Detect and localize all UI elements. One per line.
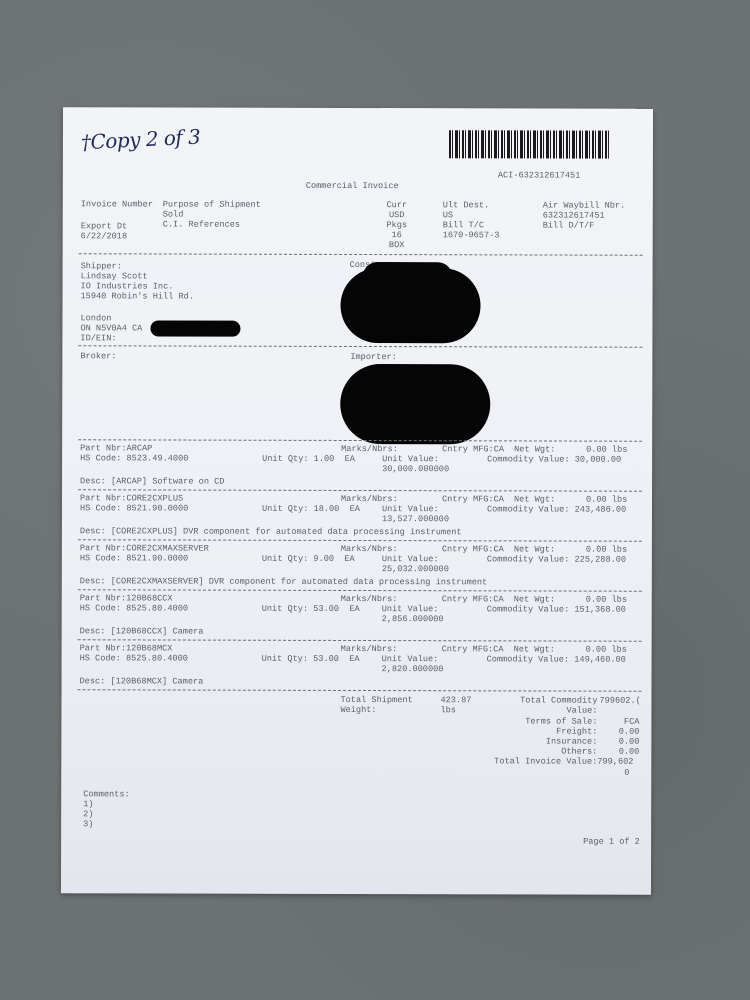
bill-tc-value: 1670-9657-3 xyxy=(443,230,500,241)
weight-unit: lbs xyxy=(440,705,456,716)
country-mfg: Cntry MFG:CA xyxy=(442,544,504,555)
unit-qty: Unit Qty: 1.00 EA xyxy=(262,454,355,465)
handwritten-note: †Copy 2 of 3 xyxy=(80,124,200,154)
unit-qty: Unit Qty: 53.00 EA xyxy=(262,604,360,615)
net-weight-label: Net Wgt: xyxy=(514,544,555,555)
country-mfg: Cntry MFG:CA xyxy=(442,444,504,455)
marks-nbrs: Marks/Nbrs: xyxy=(341,494,398,505)
total-commodity-value: 799602.( xyxy=(599,696,640,707)
net-weight: 0.00 lbs xyxy=(586,495,627,506)
shipper-block: Shipper: Lindsay Scott IO Industries Inc… xyxy=(63,107,653,109)
terms-value: FCA xyxy=(599,717,639,728)
line-item: Part Nbr:ARCAPHS Code: 8523.49.4000Unit … xyxy=(63,107,653,109)
shipper-label: Shipper: xyxy=(81,261,122,272)
commodity-value: Commodity Value: 149,460.00 xyxy=(487,654,626,665)
totals-block: Total Shipment Weight: 423.87 lbs Total … xyxy=(63,107,653,109)
shipper-city: London xyxy=(80,313,111,324)
marks-nbrs: Marks/Nbrs: xyxy=(341,544,398,555)
country-mfg: Cntry MFG:CA xyxy=(442,594,504,605)
total-invoice-label: Total Invoice Value: xyxy=(461,756,597,767)
document-title: Commercial Invoice xyxy=(306,181,399,192)
export-dt-value: 6/22/2018 xyxy=(81,231,127,242)
hs-code: HS Code: 8525.80.4000 xyxy=(80,603,188,614)
importer-label: Importer: xyxy=(350,352,396,363)
description: Desc: [CORE2CXMAXSERVER] DVR component f… xyxy=(80,576,487,588)
country-mfg: Cntry MFG:CA xyxy=(442,644,504,655)
unit-value: 25,032.000000 xyxy=(382,564,449,575)
comment-item: 1) xyxy=(83,799,93,810)
purpose-value: Sold xyxy=(163,209,184,220)
divider xyxy=(78,589,642,591)
line-item: Part Nbr:120B68MCXHS Code: 8525.80.4000U… xyxy=(63,107,653,109)
pkgs-label: Pkgs xyxy=(379,220,415,231)
net-weight: 0.00 lbs xyxy=(586,595,627,606)
invoice-header: Invoice Number Purpose of Shipment Sold … xyxy=(63,107,653,109)
hs-code: HS Code: 8521.90.0000 xyxy=(80,503,188,514)
ci-references-label: C.I. References xyxy=(163,219,240,230)
unit-qty: Unit Qty: 9.00 EA xyxy=(262,554,355,565)
redaction xyxy=(340,364,490,444)
divider xyxy=(78,489,642,491)
commodity-value: Commodity Value: 151,368.00 xyxy=(487,604,626,615)
redaction xyxy=(363,262,453,292)
description: Desc: [ARCAP] Software on CD xyxy=(80,476,224,487)
shipper-id-label: ID/EIN: xyxy=(80,333,116,344)
net-weight-label: Net Wgt: xyxy=(514,444,555,455)
country-mfg: Cntry MFG:CA xyxy=(442,494,504,505)
divider xyxy=(78,345,642,347)
total-invoice-value: 799,602 xyxy=(597,757,633,768)
hs-code: HS Code: 8525.80.4000 xyxy=(80,653,188,664)
marks-nbrs: Marks/Nbrs: xyxy=(341,594,398,605)
unit-value: 2,820.000000 xyxy=(382,664,444,675)
redaction xyxy=(150,320,240,336)
hs-code: HS Code: 8521.90.0000 xyxy=(80,553,188,564)
comment-item: 2) xyxy=(83,809,93,820)
invoice-number-label: Invoice Number xyxy=(81,199,153,210)
divider xyxy=(78,539,642,541)
description: Desc: [120B68CCX] Camera xyxy=(80,626,204,637)
line-item: Part Nbr:CORE2CXMAXSERVERHS Code: 8521.9… xyxy=(63,107,653,109)
insurance-value: 0.00 xyxy=(599,737,639,748)
unit-value: 13,527.000000 xyxy=(382,514,449,525)
line-item: Part Nbr:CORE2CXPLUSHS Code: 8521.90.000… xyxy=(63,107,653,109)
unit-qty: Unit Qty: 53.00 EA xyxy=(262,654,360,665)
description: Desc: [CORE2CXPLUS] DVR component for au… xyxy=(80,526,462,537)
marks-nbrs: Marks/Nbrs: xyxy=(341,444,398,455)
divider xyxy=(78,639,642,641)
consignee-block: Consignee: xyxy=(63,107,653,109)
net-weight: 0.00 lbs xyxy=(586,445,627,456)
invoice-paper: †Copy 2 of 3 ACI-632312617451 Commercial… xyxy=(61,107,653,895)
hs-code: HS Code: 8523.49.4000 xyxy=(80,453,188,464)
freight-value: 0.00 xyxy=(599,727,639,738)
weight-label: Weight: xyxy=(340,705,376,716)
description: Desc: [120B68MCX] Camera xyxy=(80,676,204,687)
unit-value: 2,856.000000 xyxy=(382,614,444,625)
barcode xyxy=(449,130,609,158)
divider xyxy=(78,689,642,691)
comments-block: Comments: 1) 2) 3) xyxy=(63,107,653,109)
unit-qty: Unit Qty: 18.00 EA xyxy=(262,504,360,515)
curr-value: USD xyxy=(379,210,415,221)
shipper-address: 15940 Robin's Hill Rd. xyxy=(81,291,194,302)
broker-label: Broker: xyxy=(80,351,116,362)
ult-dest-value: US xyxy=(443,210,453,221)
line-items: Part Nbr:ARCAPHS Code: 8523.49.4000Unit … xyxy=(63,107,653,109)
commodity-value: Commodity Value: 243,486.00 xyxy=(487,504,626,515)
marks-nbrs: Marks/Nbrs: xyxy=(341,644,398,655)
net-weight: 0.00 lbs xyxy=(586,645,627,656)
bill-tc-label: Bill T/C xyxy=(443,220,484,231)
line-item: Part Nbr:120B68CCXHS Code: 8525.80.4000U… xyxy=(63,107,653,109)
pkgs-value: 16 xyxy=(379,230,415,241)
divider xyxy=(79,253,643,255)
commodity-value: Commodity Value: 225,288.00 xyxy=(487,554,626,565)
net-weight-label: Net Wgt: xyxy=(514,494,555,505)
value-label: Value: xyxy=(461,705,597,716)
net-weight: 0.00 lbs xyxy=(586,545,627,556)
comment-item: 3) xyxy=(83,819,93,830)
commodity-value: Commodity Value: 30,000.00 xyxy=(487,454,621,465)
curr-label: Curr xyxy=(379,200,415,211)
total-invoice-value-cont: 0 xyxy=(624,768,629,779)
page-indicator: Page 1 of 2 xyxy=(583,837,640,848)
importer-block: Importer: xyxy=(63,107,653,109)
net-weight-label: Net Wgt: xyxy=(514,644,555,655)
bill-dtf-label: Bill D/T/F xyxy=(543,220,595,231)
unit-value: 30,000.000000 xyxy=(382,464,449,475)
barcode-label: ACI-632312617451 xyxy=(498,170,581,181)
net-weight-label: Net Wgt: xyxy=(514,594,555,605)
divider xyxy=(78,439,642,441)
pkgs-unit: BOX xyxy=(379,240,415,251)
others-value: 0.00 xyxy=(599,747,639,758)
